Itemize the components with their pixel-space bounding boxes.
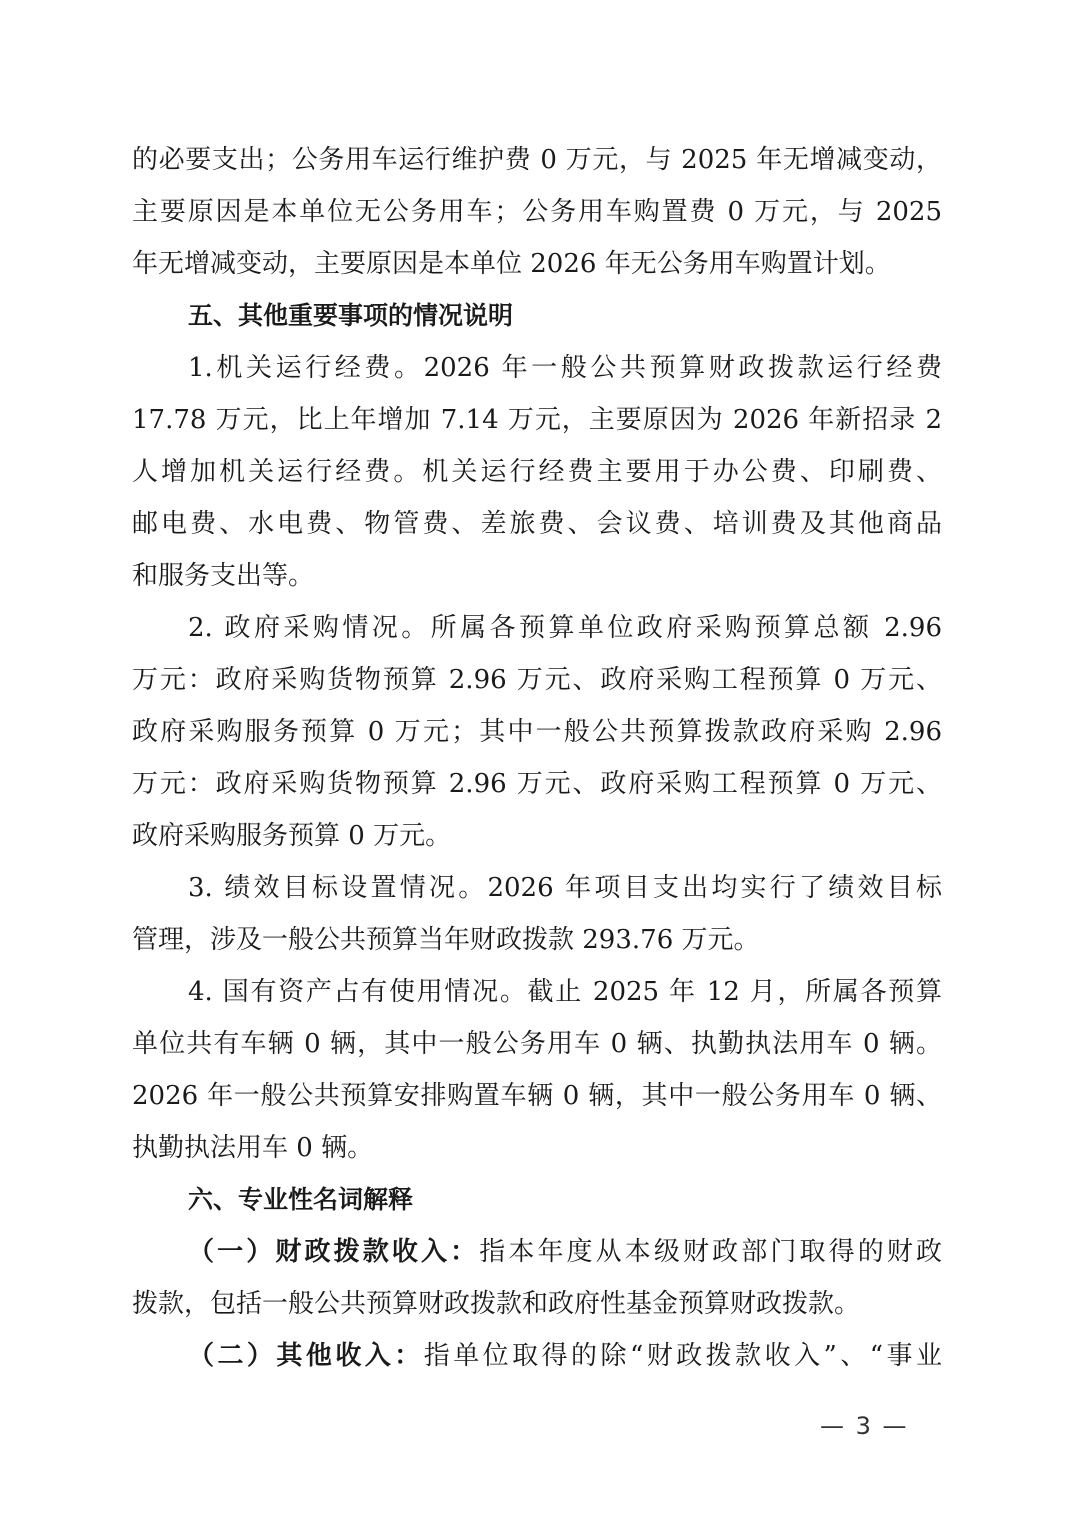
item4-line: 2026 年一般公共预算安排购置车辆 0 辆，其中一般公务用车 0 辆、 (132, 1070, 942, 1122)
term1-definition: 指本年度从本级财政部门取得的财政 (479, 1237, 942, 1267)
item4-line: 执勤执法用车 0 辆。 (132, 1122, 942, 1174)
item2-line: 政府采购服务预算 0 万元。 (132, 810, 942, 862)
item4-line: 4. 国有资产占有使用情况。截止 2025 年 12 月，所属各预算 (132, 966, 942, 1018)
body-text-line: 的必要支出；公务用车运行维护费 0 万元，与 2025 年无增减变动， (132, 134, 942, 186)
page-number: — 3 — (820, 1412, 909, 1440)
item2-line: 万元：政府采购货物预算 2.96 万元、政府采购工程预算 0 万元、 (132, 654, 942, 706)
item1-line: 邮电费、水电费、物管费、差旅费、会议费、培训费及其他商品 (132, 498, 942, 550)
term2-line: （二）其他收入：指单位取得的除“财政拨款收入”、“事业 (132, 1330, 942, 1382)
section-heading-6: 六、专业性名词解释 (132, 1174, 942, 1226)
term1-line: 拨款，包括一般公共预算财政拨款和政府性基金预算财政拨款。 (132, 1278, 942, 1330)
item3-line: 管理，涉及一般公共预算当年财政拨款 293.76 万元。 (132, 914, 942, 966)
body-text-line: 主要原因是本单位无公务用车；公务用车购置费 0 万元，与 2025 (132, 186, 942, 238)
body-text-line: 年无增减变动，主要原因是本单位 2026 年无公务用车购置计划。 (132, 238, 942, 290)
section-heading-5: 五、其他重要事项的情况说明 (132, 290, 942, 342)
item2-line: 万元：政府采购货物预算 2.96 万元、政府采购工程预算 0 万元、 (132, 758, 942, 810)
term2-definition: 指单位取得的除“财政拨款收入”、“事业 (424, 1341, 942, 1371)
item2-line: 政府采购服务预算 0 万元；其中一般公共预算拨款政府采购 2.96 (132, 706, 942, 758)
term2-label: （二）其他收入： (188, 1341, 424, 1371)
item1-line: 1.机关运行经费。2026 年一般公共预算财政拨款运行经费 (132, 342, 942, 394)
item1-line: 人增加机关运行经费。机关运行经费主要用于办公费、印刷费、 (132, 446, 942, 498)
term1-label: （一）财政拨款收入： (188, 1237, 479, 1267)
term1-line: （一）财政拨款收入：指本年度从本级财政部门取得的财政 (132, 1226, 942, 1278)
item1-line: 17.78 万元，比上年增加 7.14 万元，主要原因为 2026 年新招录 2 (132, 394, 942, 446)
item1-line: 和服务支出等。 (132, 550, 942, 602)
item2-line: 2. 政府采购情况。所属各预算单位政府采购预算总额 2.96 (132, 602, 942, 654)
item4-line: 单位共有车辆 0 辆，其中一般公务用车 0 辆、执勤执法用车 0 辆。 (132, 1018, 942, 1070)
item3-line: 3. 绩效目标设置情况。2026 年项目支出均实行了绩效目标 (132, 862, 942, 914)
document-page: 的必要支出；公务用车运行维护费 0 万元，与 2025 年无增减变动， 主要原因… (132, 134, 942, 1382)
